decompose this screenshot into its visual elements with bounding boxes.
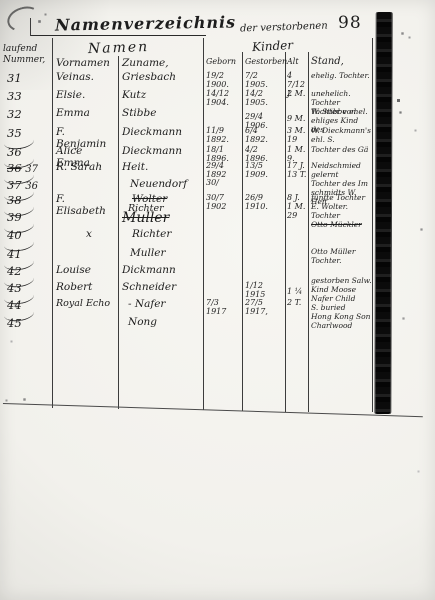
- surname: Kutz: [122, 89, 202, 101]
- death-date: 1/12 1915: [245, 281, 283, 299]
- table-bottom-rule: [3, 403, 423, 417]
- table-rule: [285, 52, 286, 412]
- margin-number: 31: [7, 71, 51, 85]
- margin-number: 39: [7, 210, 51, 224]
- margin-number: 42: [7, 264, 51, 278]
- first-name: Robert: [56, 281, 118, 293]
- birth-date: 30/7 1902: [206, 193, 240, 211]
- table-rule: [242, 52, 243, 411]
- death-date: 26/9 1910.: [245, 193, 283, 211]
- surname: Dieckmann: [122, 126, 202, 138]
- birth-date: 14/12 1904.: [206, 89, 240, 107]
- page-title: Namenverzeichnis: [55, 12, 236, 34]
- book-binding-strip: [375, 12, 391, 414]
- margin-number: 40: [7, 228, 51, 242]
- surname: Muller: [122, 210, 202, 226]
- page-number: 98: [338, 13, 362, 33]
- surname: Richter: [122, 228, 212, 240]
- surname: Stibbe: [122, 107, 202, 119]
- scanned-register-page: Namenverzeichnis der verstorbenen Kinder…: [0, 0, 435, 600]
- col-header-geboren: Geborn: [206, 57, 240, 66]
- age: 8 J. 1 M. 29: [287, 193, 308, 220]
- age: 3 M. 19: [287, 126, 308, 144]
- first-name: Emma: [56, 107, 118, 119]
- remarks: W. Dieckmann's ehl. S.: [311, 126, 373, 144]
- birth-date: 11/9 1892.: [206, 126, 240, 144]
- first-name: F. Elisabeth: [56, 193, 118, 217]
- death-date: 13/5 1909.: [245, 161, 283, 179]
- surname: Dieckmann: [122, 145, 202, 157]
- remarks: Otto Müller Tochter.: [311, 247, 373, 265]
- first-name: Elsie.: [56, 89, 118, 101]
- birth-date: 7/3 1917: [206, 298, 240, 316]
- age: 17 J. 13 T.: [287, 161, 308, 179]
- table-rule: [52, 38, 53, 408]
- margin-number: 35: [7, 126, 51, 140]
- remarks: gestorben Salw. Kind Moose Nafer Child S…: [311, 276, 373, 330]
- remarks: fünfte Tochter E. Wolter. TochterOtto Mü…: [311, 193, 373, 229]
- col-header-stand: Stand,: [311, 57, 373, 66]
- age: 2 M.: [287, 89, 308, 98]
- margin-number: 32: [7, 107, 51, 121]
- surname: Heit.: [122, 161, 202, 173]
- title-underline: [30, 35, 206, 36]
- corner-header: laufend Nummer,: [3, 44, 51, 66]
- first-name: Louise: [56, 264, 118, 276]
- birth-date: 29/4 1892: [206, 161, 240, 179]
- page-title-suffix: der verstorbenen: [240, 20, 328, 34]
- margin-number: 41: [7, 247, 51, 261]
- surname: Schneider: [122, 281, 202, 293]
- remarks-struck: Otto Mückler: [311, 220, 362, 229]
- col-header-vorname: Vornamen: [56, 57, 118, 69]
- remarks: ehelig. Tochter.: [311, 71, 373, 80]
- surname: Muller: [122, 247, 210, 259]
- first-name: Veinas.: [56, 71, 118, 83]
- age: 1 ¼: [287, 287, 308, 296]
- death-date: 6/4 1892.: [245, 126, 283, 144]
- surname: Dickmann: [122, 264, 202, 276]
- surname: Nong: [122, 316, 208, 328]
- death-date: 7/2 1905.: [245, 71, 283, 89]
- remarks: Tochter des Gä: [311, 145, 373, 154]
- margin-number: 36: [7, 145, 51, 159]
- scan-specks: [0, 0, 1, 1]
- page-title-line2: Kinder: [252, 38, 294, 54]
- margin-number: 44: [7, 298, 51, 312]
- table-rule: [203, 38, 204, 410]
- death-date: 27/5 1917,: [245, 298, 283, 316]
- first-name: Royal Echo: [56, 298, 118, 309]
- margin-number: 45: [7, 316, 51, 330]
- col-header-alt: Alt: [287, 57, 308, 66]
- title-box-edge: [30, 18, 31, 36]
- margin-number: 38: [7, 193, 51, 207]
- age: 2 T.: [287, 298, 308, 307]
- surname: Neuendorf: [122, 178, 210, 190]
- table-rule: [308, 52, 309, 412]
- margin-number: 37 36: [7, 178, 51, 192]
- age: 9 M.: [287, 114, 308, 123]
- margin-number: 36 37: [7, 161, 51, 175]
- margin-number: 43: [7, 281, 51, 295]
- col-header-zuname: Zuname,: [122, 57, 202, 69]
- first-name: R. Sarah: [56, 161, 118, 173]
- namen-header: Namen: [88, 39, 150, 57]
- margin-number: 33: [7, 89, 51, 103]
- col-header-gestorben: Gestorben: [245, 57, 283, 66]
- surname: Griesbach: [122, 71, 202, 83]
- surname: - Nafer: [122, 298, 208, 310]
- death-date: 14/2 1905.: [245, 89, 283, 107]
- birth-date: 30/: [206, 178, 240, 187]
- birth-date: 19/2 1900.: [206, 71, 240, 89]
